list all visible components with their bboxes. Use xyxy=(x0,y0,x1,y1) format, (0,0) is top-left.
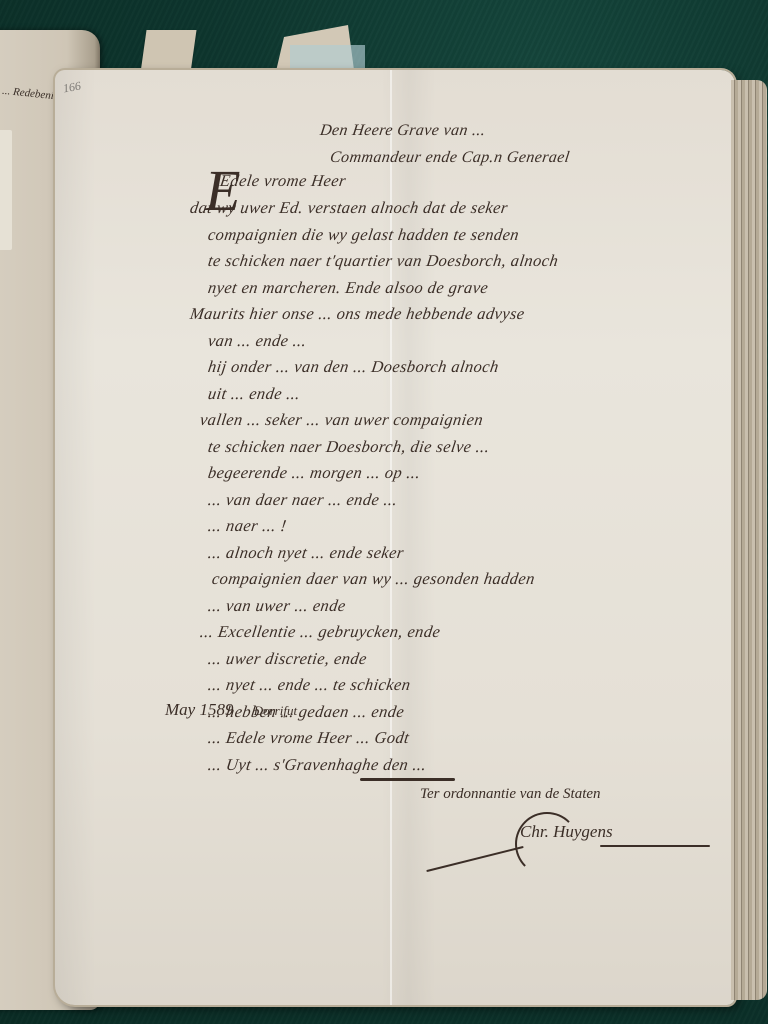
body-line: dat wy uwer Ed. verstaen alnoch dat de s… xyxy=(148,195,712,222)
body-line: ... uwer discretie, ende xyxy=(148,646,712,673)
body-line: Maurits hier onse ... ons mede hebbende … xyxy=(148,301,712,328)
body-line: hij onder ... van den ... Doesborch alno… xyxy=(148,354,712,381)
date-line: May 1589 Dorrifut xyxy=(165,700,297,720)
body-line: ... alnoch nyet ... ende seker xyxy=(148,540,712,567)
page-stack-edge xyxy=(731,80,767,1000)
body-line: ... naer ... ! xyxy=(148,513,712,540)
body-line: vallen ... seker ... van uwer compaignie… xyxy=(148,407,712,434)
heading-line: Den Heere Grave van ... xyxy=(318,118,702,145)
body-line: ... van daer naer ... ende ... xyxy=(148,487,712,514)
body-line: begeerende ... morgen ... op ... xyxy=(148,460,712,487)
body-line: compaignien daer van wy ... gesonden had… xyxy=(148,566,712,593)
body-line: nyet en marcheren. Ende alsoo de grave xyxy=(148,275,712,302)
body-line: ... Edele vrome Heer ... Godt xyxy=(148,725,712,752)
body-line: te schicken naer t'quartier van Doesborc… xyxy=(148,248,712,275)
folio-number: 166 xyxy=(62,79,82,97)
body-line: ... Excellentie ... gebruycken, ende xyxy=(148,619,712,646)
place-note: Dorrifut xyxy=(254,703,297,718)
subscription-line: Ter ordonnantie van de Staten xyxy=(420,786,601,803)
date-text: May 1589 xyxy=(165,700,233,719)
body-line: ... van uwer ... ende xyxy=(148,593,712,620)
body-line: ... nyet ... ende ... te schicken xyxy=(148,672,712,699)
body-line: uit ... ende ... xyxy=(148,381,712,408)
letter-heading: Den Heere Grave van ... Commandeur ende … xyxy=(320,118,700,171)
paper-slip xyxy=(0,130,12,250)
body-line: ... Uyt ... s'Gravenhaghe den ... xyxy=(148,752,712,779)
signature-flourish xyxy=(515,812,579,876)
body-line: te schicken naer Doesborch, die selve ..… xyxy=(148,434,712,461)
body-line: compaignien die wy gelast hadden te send… xyxy=(148,222,712,249)
body-line: van ... ende ... xyxy=(148,328,712,355)
signature-paraph xyxy=(600,845,710,847)
pen-flourish xyxy=(360,778,455,781)
letter-body: Edele vrome Heer Wy hebben uwer Edelheyt… xyxy=(150,168,710,778)
